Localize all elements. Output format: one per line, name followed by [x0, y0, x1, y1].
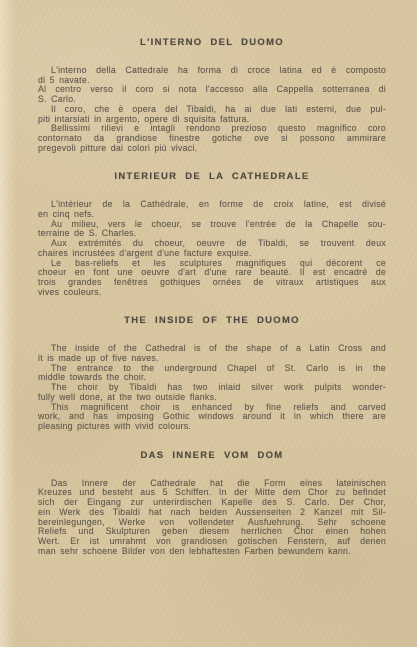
paragraph: L'interno della Cattedrale ha forma di c… [38, 66, 386, 85]
section-heading-german: DAS INNERE VOM DOM [38, 451, 386, 461]
section-heading-english: THE INSIDE OF THE DUOMO [38, 316, 386, 326]
paragraph: Bellissimi rilievi e intagli rendono pre… [38, 124, 386, 153]
text-line: pleasing pictures with vivid colours. [38, 422, 386, 432]
text-line: vives couleurs. [38, 288, 386, 298]
paragraph: The inside of the Cathedral is of the sh… [38, 344, 386, 363]
section-german: DAS INNERE VOM DOMDas Innere der Cathedr… [38, 451, 386, 557]
text-line: man sehr schoene Bilder von den lebhafte… [38, 547, 386, 557]
text-line: Al centro verso il coro si nota l'access… [38, 85, 386, 95]
paragraph: The choir by Tibaldi has two inlaid silv… [38, 383, 386, 402]
paragraph: The entrance to the underground Chapel o… [38, 364, 386, 383]
paragraph: Aux extrémités du choeur, oeuvre de Tiba… [38, 239, 386, 258]
text-line: L'interno della Cattedrale ha forma di c… [38, 66, 386, 76]
page-content: L'INTERNO DEL DUOMOL'interno della Catte… [38, 38, 386, 556]
section-french: INTERIEUR DE LA CATHEDRALEL'intérieur de… [38, 172, 386, 297]
paragraph: This magnificent choir is enhanced by fi… [38, 403, 386, 432]
section-heading-french: INTERIEUR DE LA CATHEDRALE [38, 172, 386, 182]
paragraph: Das Innere der Cathedrale hat die Form e… [38, 479, 386, 557]
scanned-page: L'INTERNO DEL DUOMOL'interno della Catte… [0, 0, 417, 647]
paragraph: Le bas-reliefs et les sculptures magnifi… [38, 259, 386, 298]
section-english: THE INSIDE OF THE DUOMOThe inside of the… [38, 316, 386, 431]
paragraph: Al centro verso il coro si nota l'access… [38, 85, 386, 104]
paragraph: L'intérieur de la Cathédrale, en forme d… [38, 200, 386, 219]
section-heading-italian: L'INTERNO DEL DUOMO [38, 38, 386, 48]
paragraph: Il coro, che è opera del Tibaldi, ha ai … [38, 105, 386, 124]
text-line: pregevoli pitture dai colori più vivaci. [38, 144, 386, 154]
section-italian: L'INTERNO DEL DUOMOL'interno della Catte… [38, 38, 386, 153]
paragraph: Au milieu, vers le choeur, se trouve l'e… [38, 220, 386, 239]
